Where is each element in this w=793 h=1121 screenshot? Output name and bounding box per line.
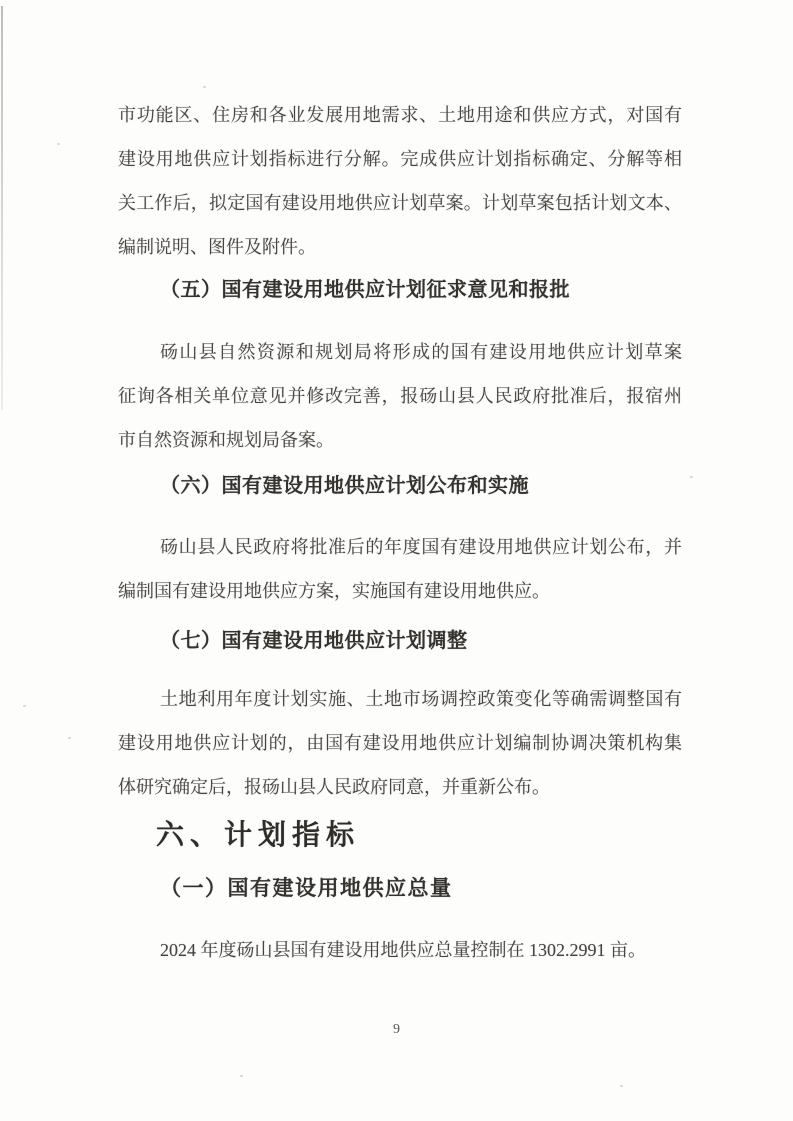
paragraph-line: 关工作后，拟定国有建设用地供应计划草案。计划草案包括计划文本、 bbox=[118, 181, 682, 225]
scan-speck bbox=[57, 143, 60, 145]
paragraph-line: 编制说明、图件及附件。 bbox=[118, 225, 682, 269]
paragraph-section-7: 土地利用年度计划实施、土地市场调控政策变化等确需调整国有 建设用地供应计划的，由… bbox=[118, 677, 682, 809]
paragraph-line: 市自然资源和规划局备案。 bbox=[118, 418, 682, 462]
page-number: 9 bbox=[0, 1021, 793, 1039]
paragraph-continued: 市功能区、住房和各业发展用地需求、土地用途和供应方式，对国有 建设用地供应计划指… bbox=[118, 93, 682, 269]
heading-section-6: （六）国有建设用地供应计划公布和实施 bbox=[118, 464, 724, 508]
heading-chapter-6-section-1: （一）国有建设用地供应总量 bbox=[118, 866, 724, 910]
heading-chapter-6: 六、计划指标 bbox=[118, 812, 720, 858]
scan-speck bbox=[620, 1085, 623, 1087]
paragraph-line: 建设用地供应计划指标进行分解。完成供应计划指标确定、分解等相 bbox=[118, 137, 682, 181]
paragraph-line: 体研究确定后，报砀山县人民政府同意，并重新公布。 bbox=[118, 765, 682, 809]
paragraph-line: 砀山县人民政府将批准后的年度国有建设用地供应计划公布，并 bbox=[118, 525, 682, 569]
paragraph-line: 征询各相关单位意见并修改完善，报砀山县人民政府批准后，报宿州 bbox=[118, 374, 682, 418]
scan-speck bbox=[240, 1075, 243, 1077]
heading-section-7: （七）国有建设用地供应计划调整 bbox=[118, 619, 724, 663]
paragraph-line: 土地利用年度计划实施、土地市场调控政策变化等确需调整国有 bbox=[118, 677, 682, 721]
scan-edge-artifact bbox=[1, 6, 3, 410]
scan-speck bbox=[203, 86, 206, 88]
scan-speck bbox=[23, 705, 26, 707]
scan-speck bbox=[68, 737, 71, 739]
paragraph-section-5: 砀山县自然资源和规划局将形成的国有建设用地供应计划草案 征询各相关单位意见并修改… bbox=[118, 330, 682, 462]
paragraph-line: 砀山县自然资源和规划局将形成的国有建设用地供应计划草案 bbox=[118, 330, 682, 374]
paragraph-section-6: 砀山县人民政府将批准后的年度国有建设用地供应计划公布，并 编制国有建设用地供应方… bbox=[118, 525, 682, 613]
paragraph-line: 编制国有建设用地供应方案，实施国有建设用地供应。 bbox=[118, 569, 682, 613]
paragraph-supply-total: 2024 年度砀山县国有建设用地供应总量控制在 1302.2991 亩。 bbox=[118, 928, 682, 972]
paragraph-line: 2024 年度砀山县国有建设用地供应总量控制在 1302.2991 亩。 bbox=[118, 928, 682, 972]
paragraph-line: 建设用地供应计划的，由国有建设用地供应计划编制协调决策机构集 bbox=[118, 721, 682, 765]
scanned-document-page: 市功能区、住房和各业发展用地需求、土地用途和供应方式，对国有 建设用地供应计划指… bbox=[0, 0, 793, 1121]
paragraph-line: 市功能区、住房和各业发展用地需求、土地用途和供应方式，对国有 bbox=[118, 93, 682, 137]
heading-section-5: （五）国有建设用地供应计划征求意见和报批 bbox=[118, 268, 724, 312]
